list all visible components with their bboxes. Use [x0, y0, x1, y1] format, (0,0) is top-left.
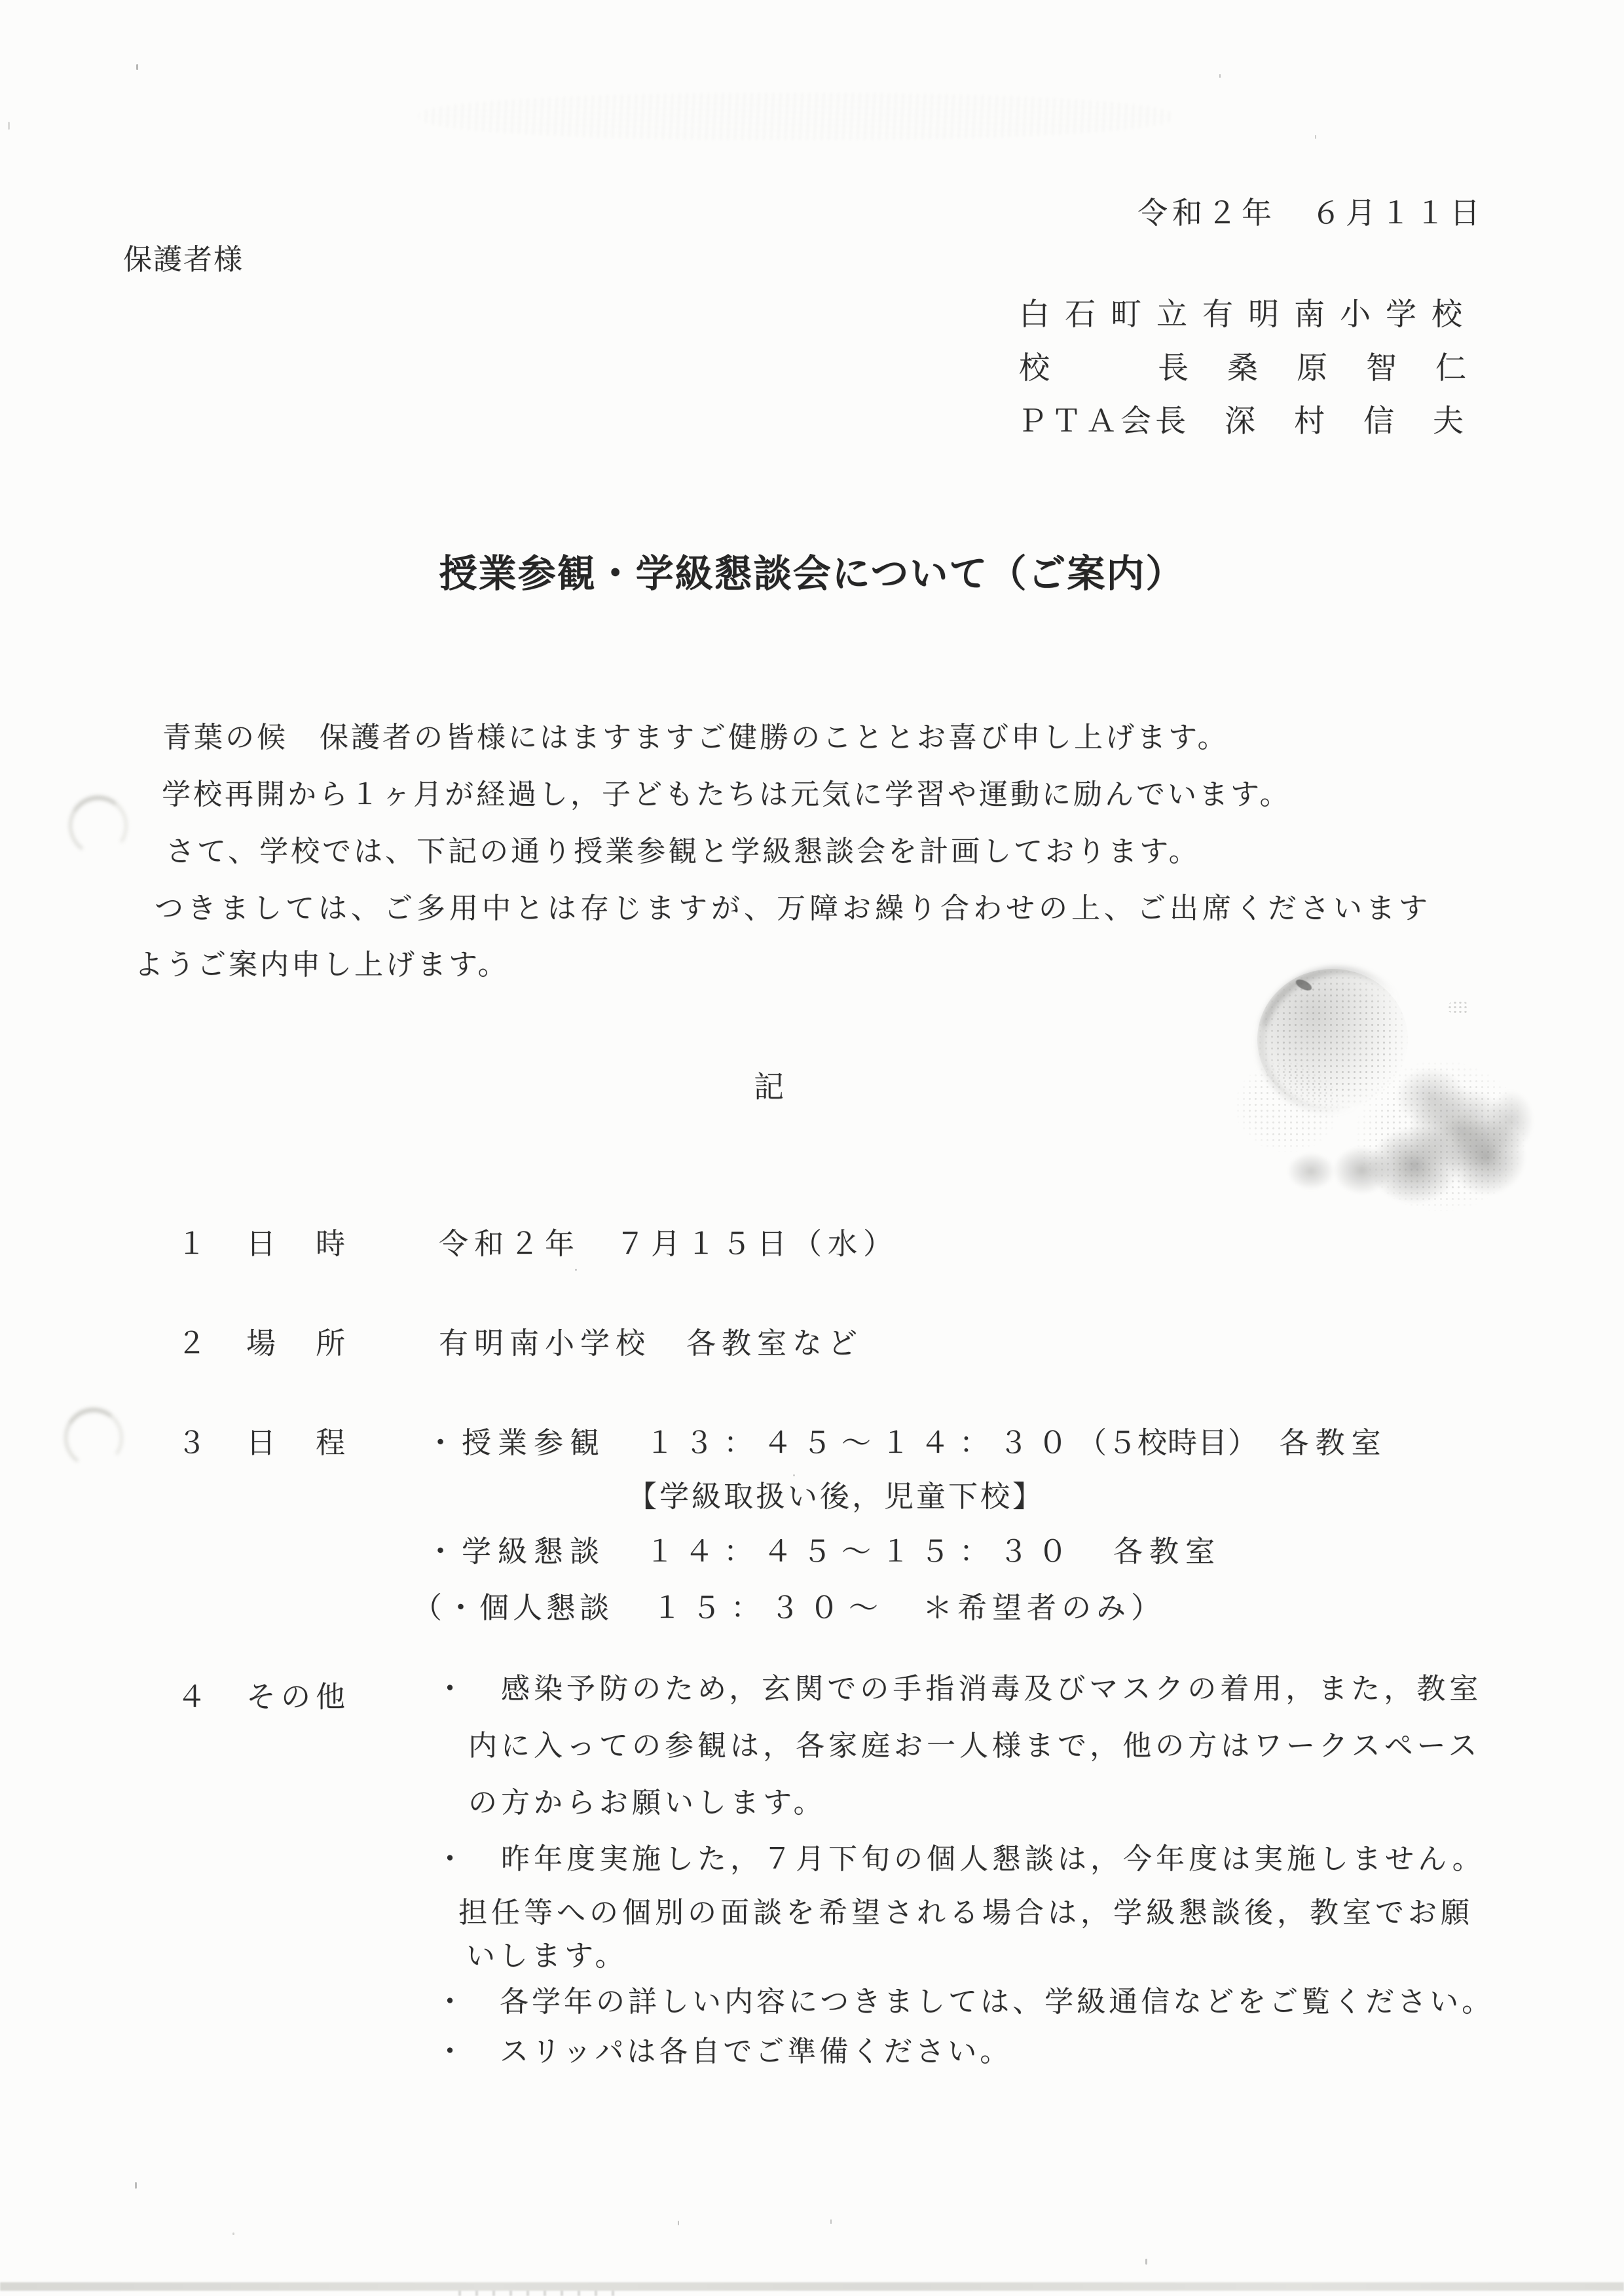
stain-tail — [1235, 1061, 1340, 1152]
item2-label: ２ 場 所 — [177, 1329, 350, 1358]
speck — [1219, 74, 1221, 78]
note2-line2: 担任等への個別の面談を希望される場合は，学級懇談後，教室でお願 — [458, 1899, 1473, 1927]
note3-line: ・ 各学年の詳しい内容につきましては、学級通信などをご覧ください。 — [435, 1988, 1494, 2016]
meeting-place: 各教室 — [1077, 1535, 1221, 1568]
sender-principal-line: 校 長 桑 原 智 仁 — [1019, 354, 1470, 384]
item3-class-observation-line: ・授業参観 １３：４５～１４：３０（５校時目） 各教室 — [426, 1429, 1388, 1458]
speck — [1145, 2259, 1147, 2265]
note2-line3: いします。 — [466, 1942, 627, 1971]
meeting-label: ・学級懇談 — [426, 1535, 606, 1568]
recipient: 保護者様 — [123, 246, 244, 274]
item3-individual-meeting-line: （・個人懇談 １５：３０～ ＊希望者のみ） — [413, 1594, 1166, 1623]
punch-hole-top — [64, 791, 133, 860]
sender-pta-line: ＰＴＡ会長 深 村 信 夫 — [1016, 407, 1467, 437]
speck — [830, 2219, 832, 2224]
observation-time: １３：４５～１４：３０ — [606, 1427, 1077, 1459]
individual-time: １５：３０～ — [613, 1592, 888, 1624]
speck — [793, 1474, 795, 1476]
note2-line1: ・ 昨年度実施した，７月下旬の個人懇談は，今年度は実施しません。 — [435, 1845, 1485, 1874]
item2-content: 有明南小学校 各教室など — [439, 1329, 863, 1358]
issue-date: 令和２年 ６月１１日 — [1137, 198, 1485, 228]
speck — [136, 64, 138, 70]
item1-label: １ 日 時 — [177, 1230, 350, 1259]
note4-line: ・ スリッパは各自でご準備ください。 — [435, 2037, 1012, 2066]
record-marker: 記 — [754, 1072, 784, 1102]
document-title: 授業参観・学級懇談会について（ご案内） — [0, 555, 1624, 593]
speck — [232, 2232, 234, 2235]
faint-top-smudge — [419, 93, 1172, 140]
speck — [1315, 135, 1316, 139]
sender-school-line: 白石町立有明南小学校 — [1019, 300, 1477, 331]
individual-note: ＊希望者のみ） — [888, 1592, 1166, 1624]
individual-label: （・個人懇談 — [413, 1592, 613, 1624]
item3-label: ３ 日 程 — [177, 1429, 350, 1458]
scanner-edge-flecks — [458, 2291, 622, 2296]
item3-dismissal-note: 【学級取扱い後，児童下校】 — [627, 1482, 1044, 1512]
greeting-line-2: 学校再開から１ヶ月が経過し，子どもたちは元気に学習や運動に励んでいます。 — [162, 780, 1291, 809]
observation-period: （５校時目） — [1077, 1427, 1244, 1459]
speck — [575, 1269, 577, 1271]
greeting-line-4: つきましては、ご多用中とは存じますが、万障お繰り合わせの上、ご出席くださいます — [155, 894, 1431, 923]
scanned-letter-page: 令和２年 ６月１１日 保護者様 白石町立有明南小学校 校 長 桑 原 智 仁 Ｐ… — [0, 0, 1624, 2296]
note1-line1: ・ 感染予防のため，玄関での手指消毒及びマスクの着用，また，教室 — [435, 1675, 1482, 1704]
greeting-line-1: 青葉の候 保護者の皆様にはますますご健勝のこととお喜び申し上げます。 — [162, 723, 1228, 752]
note1-line2: 内に入っての参観は，各家庭お一人様まで，他の方はワークスペース — [468, 1732, 1481, 1760]
greeting-line-5: ようご案内申し上げます。 — [134, 951, 509, 979]
speck — [135, 2182, 137, 2189]
scanner-edge-bar — [0, 2282, 1624, 2291]
punch-hole-bottom — [60, 1403, 128, 1472]
greeting-line-3: さて、学校では、下記の通り授業参観と学級懇談会を計画しております。 — [166, 837, 1200, 866]
meeting-time: １４：４５～１５：３０ — [606, 1535, 1077, 1568]
ink-smudge-stain — [1231, 962, 1513, 1205]
item3-class-meeting-line: ・学級懇談 １４：４５～１５：３０ 各教室 — [426, 1537, 1221, 1567]
item1-content: 令和２年 ７月１５日（水） — [439, 1230, 898, 1259]
note1-line3: の方からお願いします。 — [468, 1789, 826, 1817]
observation-place: 各教室 — [1244, 1427, 1388, 1459]
stain-specks — [1447, 1000, 1469, 1015]
observation-label: ・授業参観 — [426, 1427, 606, 1459]
speck — [678, 2221, 679, 2225]
speck — [8, 122, 10, 130]
item4-label: ４ その他 — [177, 1683, 350, 1712]
